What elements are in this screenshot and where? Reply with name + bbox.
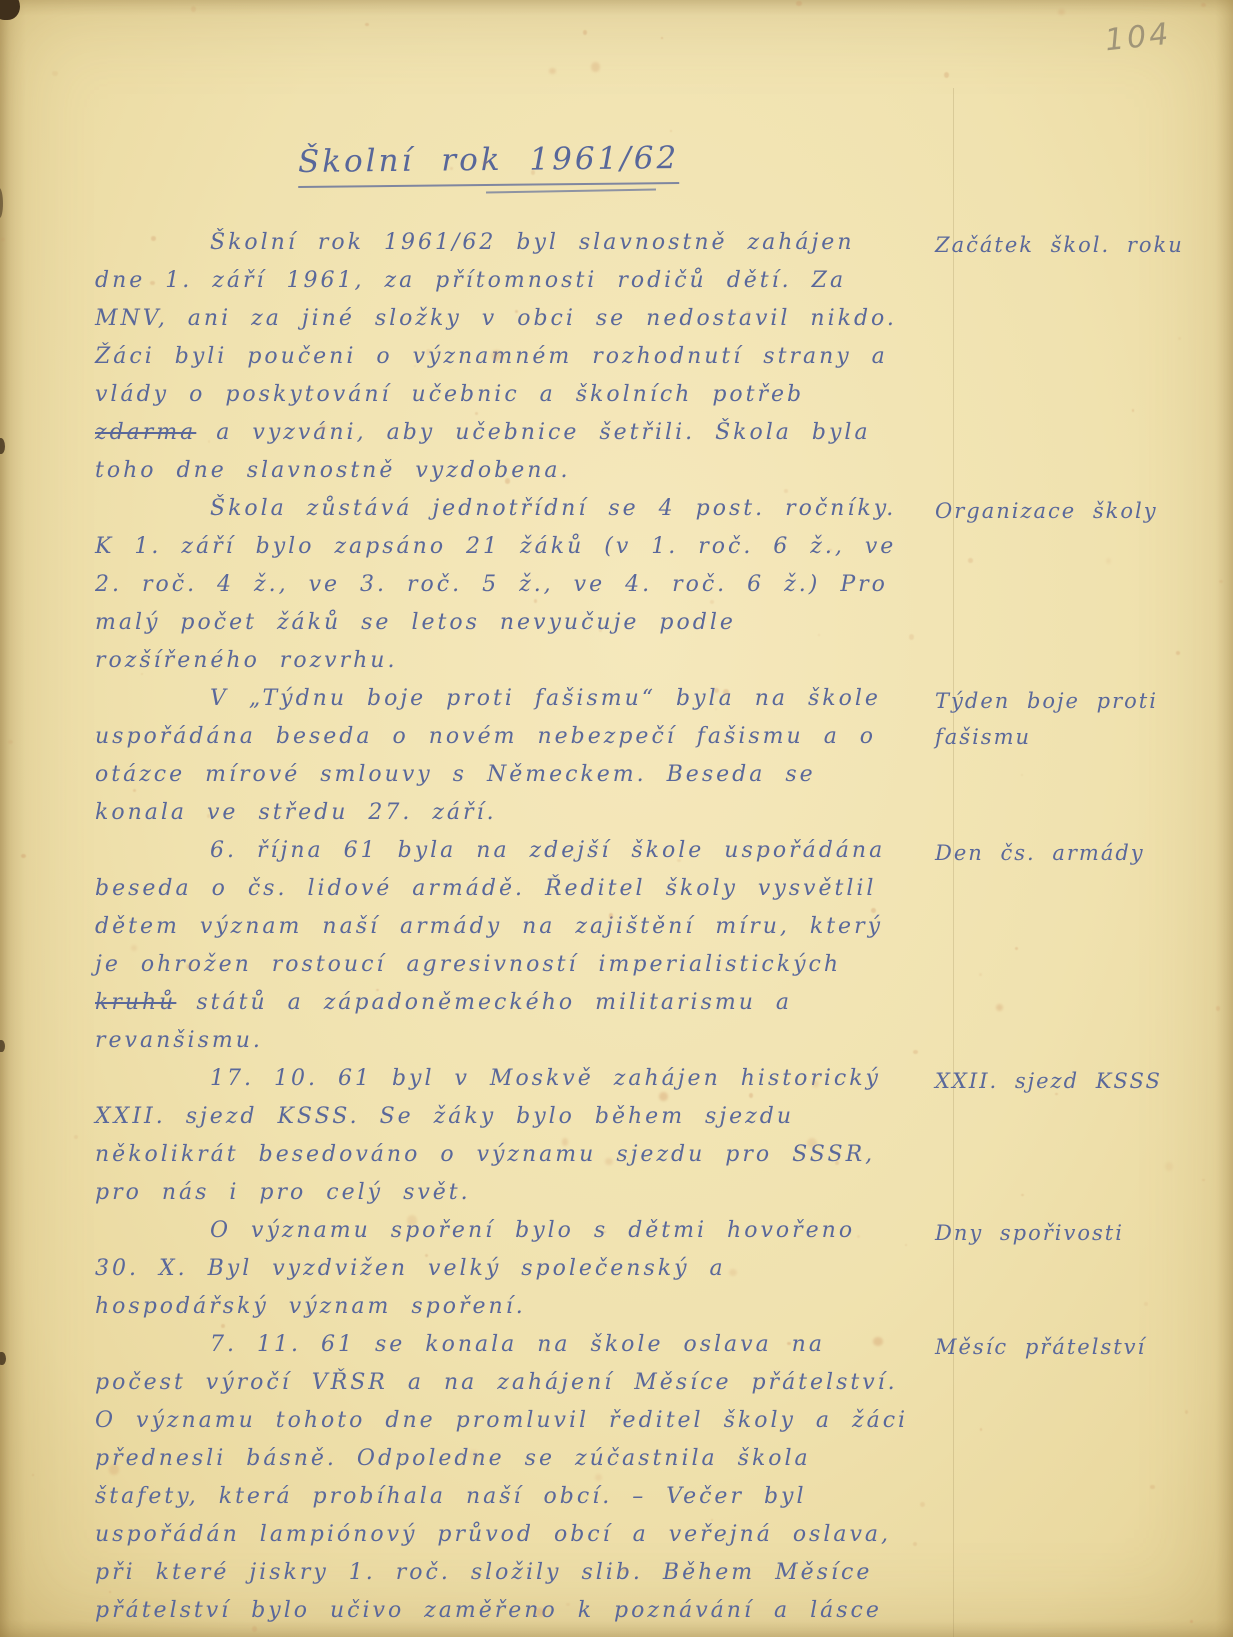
text-segment: V „Týdnu boje proti fašismu“ byla na ško… <box>95 686 881 825</box>
paragraph-text: Škola zůstává jednotřídní se 4 post. roč… <box>0 490 915 680</box>
foxing-spot <box>591 62 600 72</box>
foxing-spot <box>583 30 587 35</box>
edge-mark <box>0 188 3 218</box>
text-segment: 6. října 61 byla na zdejší škole uspořád… <box>95 838 885 977</box>
margin-note: Organizace školy <box>915 490 1225 529</box>
title-underline <box>486 189 656 194</box>
chronicle-section: 6. října 61 byla na zdejší škole uspořád… <box>0 832 1233 1060</box>
struck-word: zdarma <box>95 420 196 445</box>
chronicle-body: Školní rok 1961/62 byl slavnostně zaháje… <box>0 224 1233 1630</box>
chronicle-section: Škola zůstává jednotřídní se 4 post. roč… <box>0 490 1233 680</box>
text-segment: a vyzváni, aby učebnice šetřili. Škola b… <box>95 420 871 483</box>
struck-word: kruhů <box>95 990 176 1015</box>
text-segment: Škola zůstává jednotřídní se 4 post. roč… <box>95 496 896 673</box>
text-segment: Školní rok 1961/62 byl slavnostně zaháje… <box>95 230 897 407</box>
page-title-block: Školní rok 1961/62 <box>298 142 679 186</box>
foxing-spot <box>1058 9 1065 15</box>
margin-note: Měsíc přátelství <box>915 1326 1225 1365</box>
foxing-spot <box>661 37 663 39</box>
chronicle-page: 104 Školní rok 1961/62 Školní rok 1961/6… <box>0 0 1233 1637</box>
margin-note: Den čs. armády <box>915 832 1225 871</box>
margin-note: Dny spořivosti <box>915 1212 1225 1251</box>
chronicle-section: 17. 10. 61 byl v Moskvě zahájen historic… <box>0 1060 1233 1212</box>
foxing-spot <box>191 6 196 12</box>
margin-note: Týden boje proti fašismu <box>915 680 1225 755</box>
edge-mark <box>0 0 20 20</box>
paragraph-text: 7. 11. 61 se konala na škole oslava na p… <box>0 1326 915 1630</box>
paragraph-text: 17. 10. 61 byl v Moskvě zahájen historic… <box>0 1060 915 1212</box>
margin-note: XXII. sjezd KSSS <box>915 1060 1225 1099</box>
paragraph-text: O významu spoření bylo s dětmi hovořeno … <box>0 1212 915 1326</box>
text-segment: států a západoněmeckého militarismu a re… <box>95 990 792 1053</box>
foxing-spot <box>52 71 57 76</box>
paragraph-text: 6. října 61 byla na zdejší škole uspořád… <box>0 832 915 1060</box>
text-segment: 7. 11. 61 se konala na škole oslava na p… <box>95 1332 908 1623</box>
foxing-spot <box>549 68 556 74</box>
text-segment: O významu spoření bylo s dětmi hovořeno … <box>95 1218 855 1319</box>
page-title: Školní rok 1961/62 <box>298 140 680 188</box>
paragraph-text: Školní rok 1961/62 byl slavnostně zaháje… <box>0 224 915 490</box>
paragraph-text: V „Týdnu boje proti fašismu“ byla na ško… <box>0 680 915 832</box>
foxing-spot <box>365 23 369 27</box>
foxing-spot <box>670 130 672 132</box>
page-number: 104 <box>1103 17 1173 59</box>
foxing-spot <box>796 1 801 6</box>
chronicle-section: 7. 11. 61 se konala na škole oslava na p… <box>0 1326 1233 1630</box>
chronicle-section: V „Týdnu boje proti fašismu“ byla na ško… <box>0 680 1233 832</box>
foxing-spot <box>1201 3 1206 7</box>
chronicle-section: O významu spoření bylo s dětmi hovořeno … <box>0 1212 1233 1326</box>
margin-note: Začátek škol. roku <box>915 224 1225 263</box>
chronicle-section: Školní rok 1961/62 byl slavnostně zaháje… <box>0 224 1233 490</box>
text-segment: 17. 10. 61 byl v Moskvě zahájen historic… <box>95 1066 881 1205</box>
foxing-spot <box>944 72 949 78</box>
